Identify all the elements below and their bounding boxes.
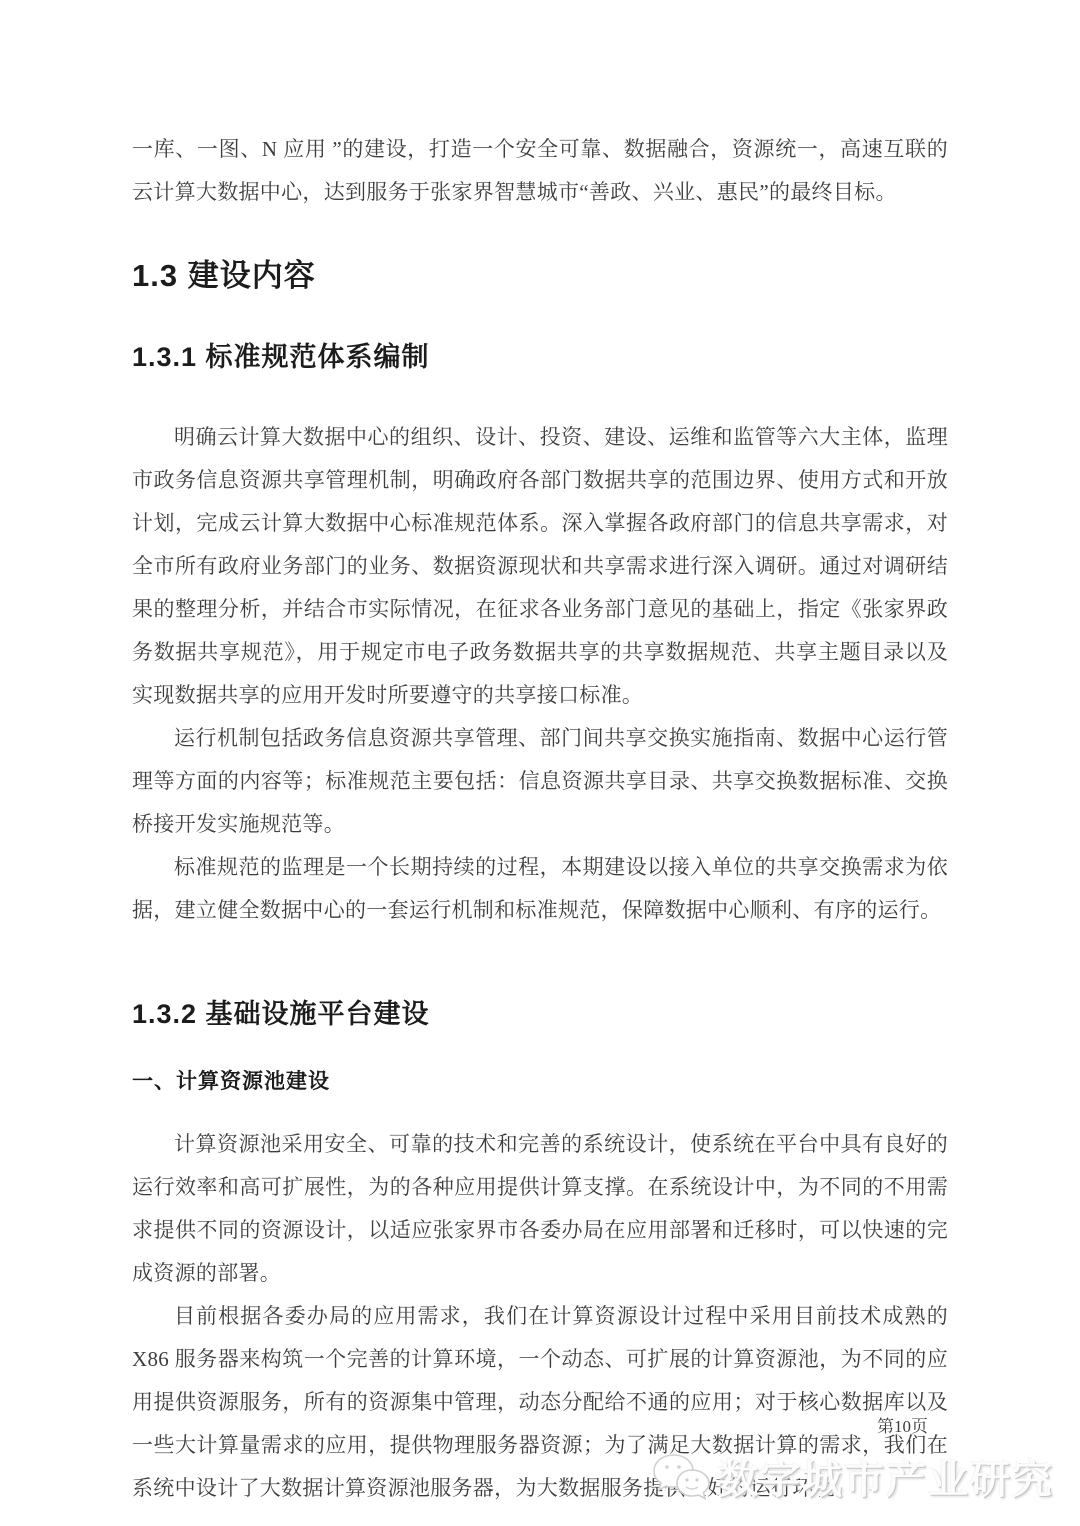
document-content: 一库、一图、N 应用 ”的建设，打造一个安全可靠、数据融合，资源统一，高速互联的… xyxy=(0,0,1080,1510)
document-page: 一库、一图、N 应用 ”的建设，打造一个安全可靠、数据融合，资源统一，高速互联的… xyxy=(0,0,1080,1526)
paragraph-standards-3: 标准规范的监理是一个长期持续的过程，本期建设以接入单位的共享交换需求为依据，建立… xyxy=(132,846,948,932)
section-heading-1-3-1: 1.3.1 标准规范体系编制 xyxy=(132,335,948,374)
intro-paragraph: 一库、一图、N 应用 ”的建设，打造一个安全可靠、数据融合，资源统一，高速互联的… xyxy=(132,128,948,214)
wechat-logo-icon xyxy=(650,1452,712,1502)
section-heading-1-3: 1.3 建设内容 xyxy=(132,250,948,295)
paragraph-compute-pool-1: 计算资源池采用安全、可靠的技术和完善的系统设计，使系统在平台中具有良好的运行效率… xyxy=(132,1123,948,1295)
page-number: 第10页 xyxy=(877,1412,928,1437)
watermark: 数字城市产业研究 xyxy=(650,1448,1054,1505)
paragraph-standards-2: 运行机制包括政务信息资源共享管理、部门间共享交换实施指南、数据中心运行管理等方面… xyxy=(132,717,948,846)
watermark-text: 数字城市产业研究 xyxy=(718,1448,1054,1505)
subheading-compute-resource-pool: 一、计算资源池建设 xyxy=(132,1065,948,1095)
section-heading-1-3-2: 1.3.2 基础设施平台建设 xyxy=(132,992,948,1031)
paragraph-standards-1: 明确云计算大数据中心的组织、设计、投资、建设、运维和监管等六大主体，监理市政务信… xyxy=(132,416,948,717)
